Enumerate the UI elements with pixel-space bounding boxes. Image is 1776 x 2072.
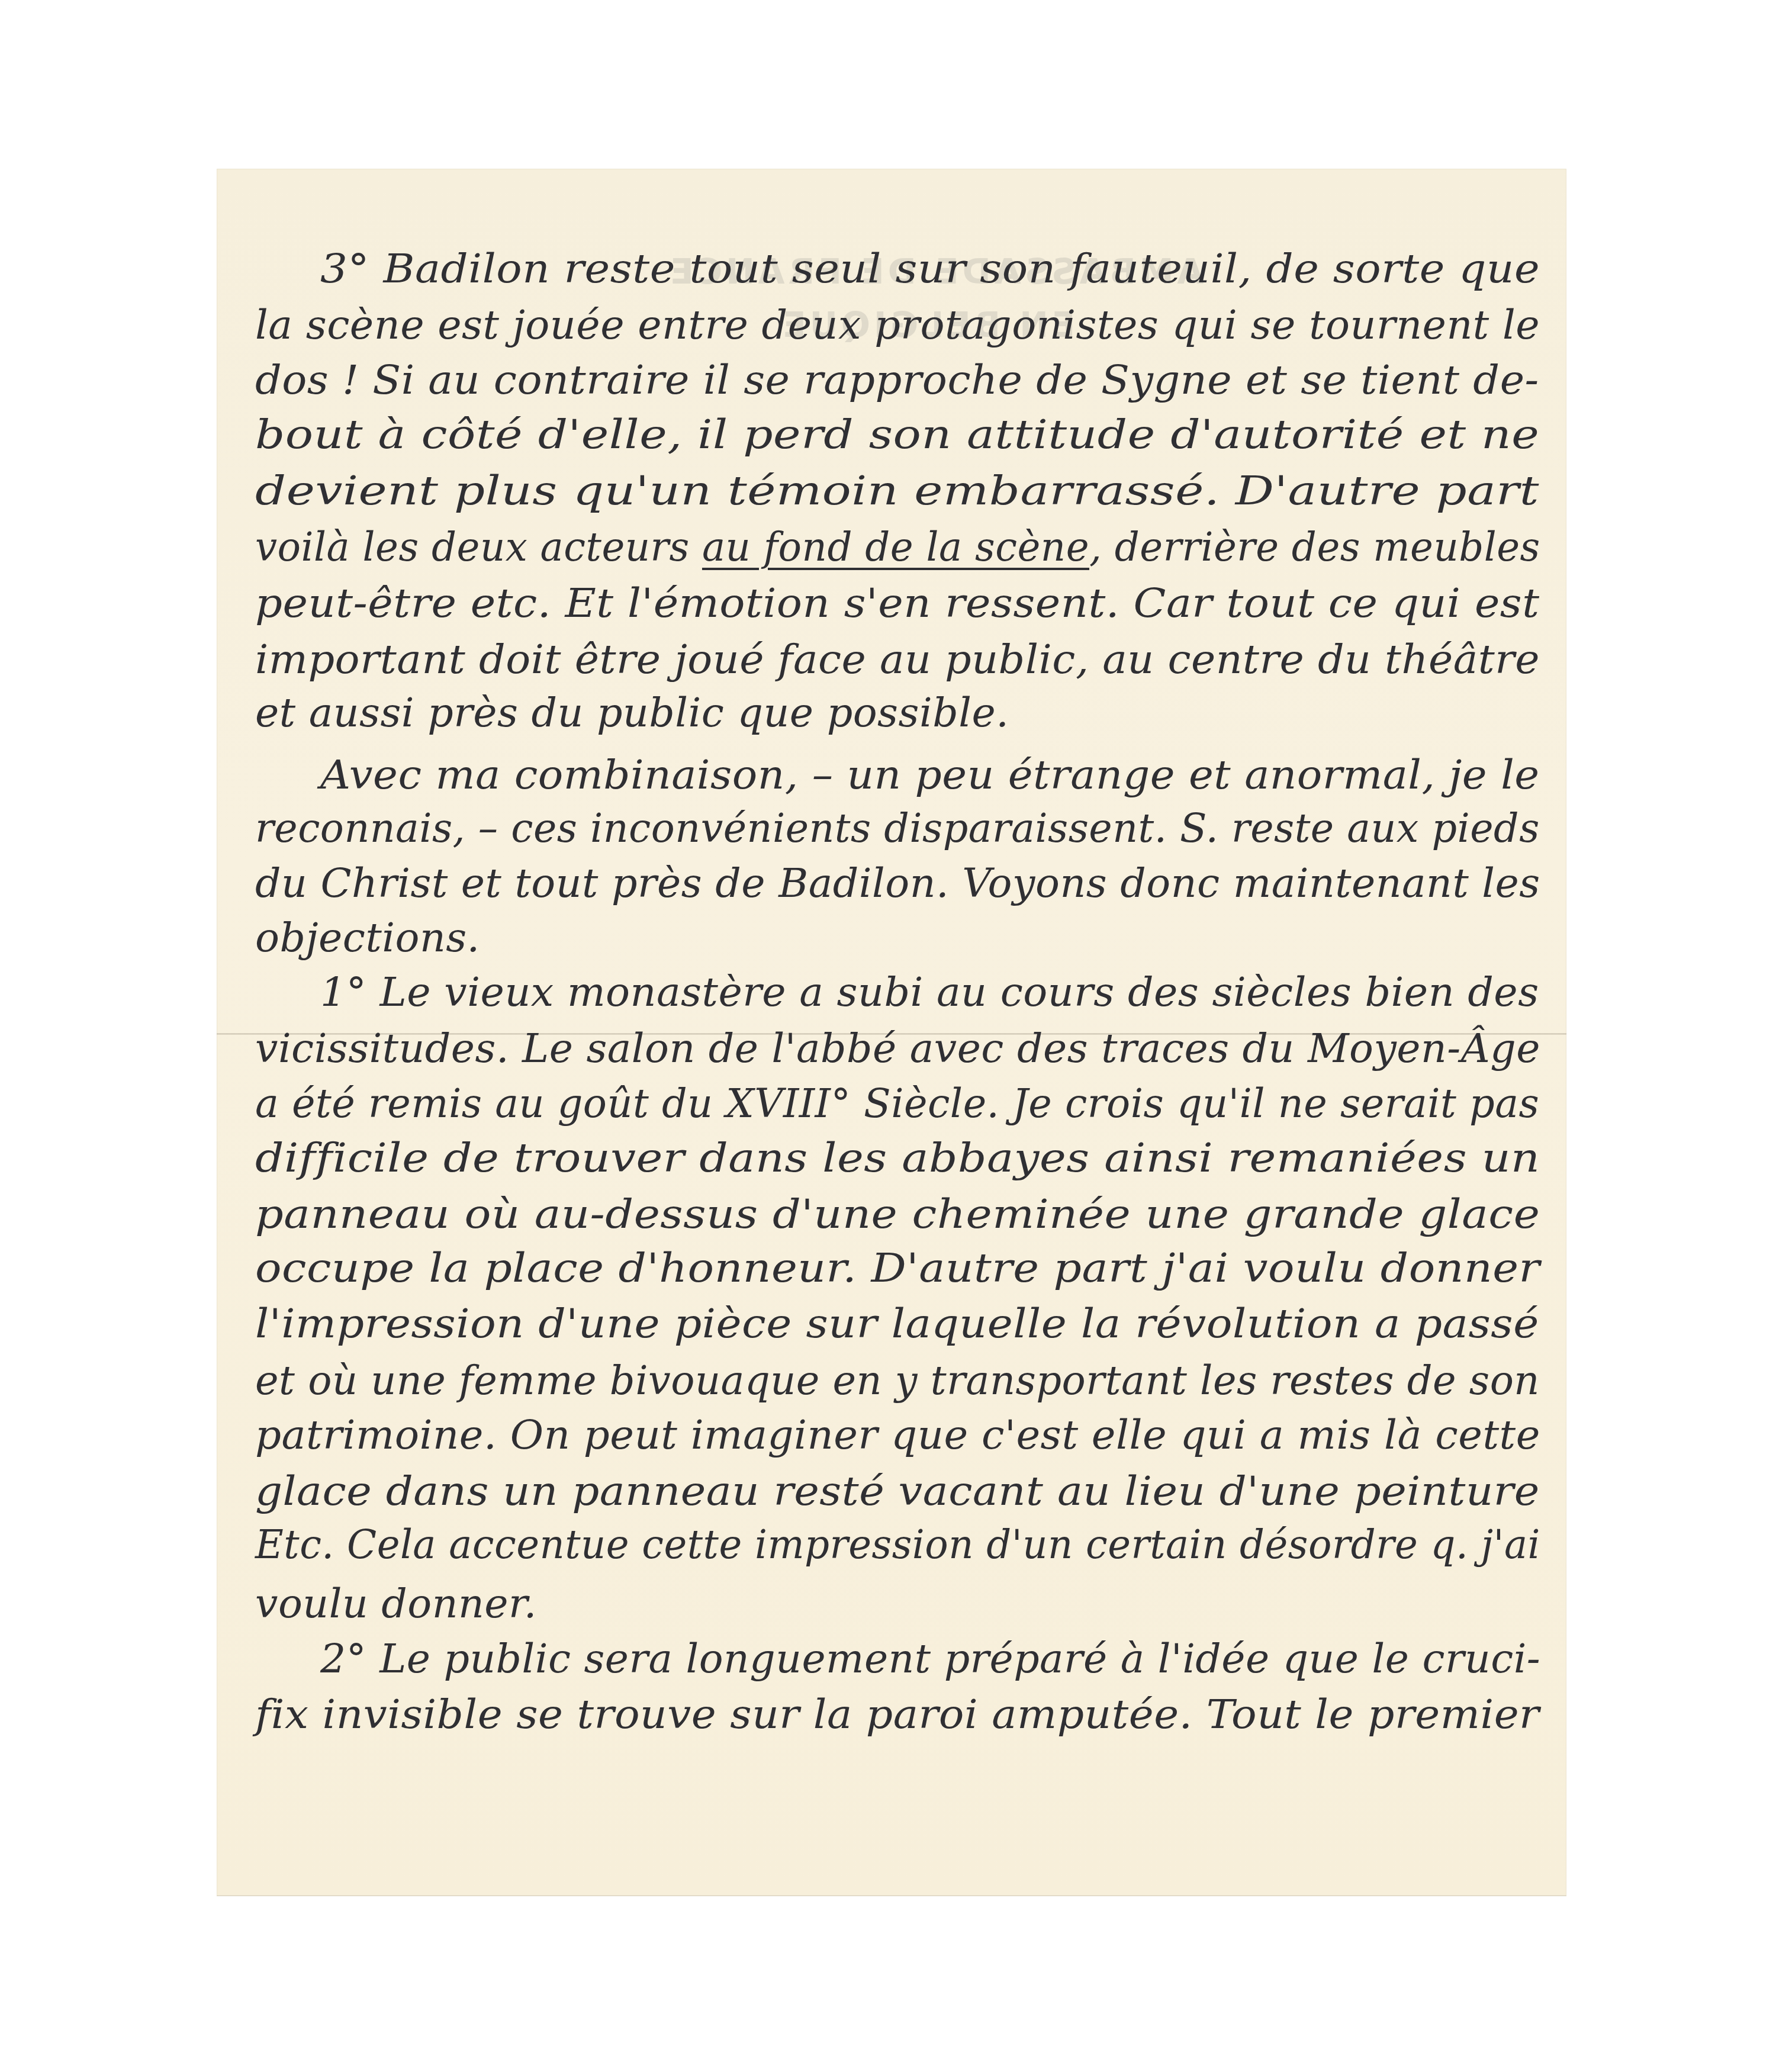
text-line-21: et où une femme bivouaque en y transport… xyxy=(255,1357,1540,1405)
text-line-26: 2° Le public sera longuement préparé à l… xyxy=(320,1636,1540,1683)
text-line-22: patrimoine. On peut imaginer que c'est e… xyxy=(255,1412,1540,1459)
underlined-phrase: au fond de la scène xyxy=(702,524,1089,571)
text-line-24: Etc. Cela accentue cette impression d'un… xyxy=(255,1521,1540,1569)
text-line-5: devient plus qu'un témoin embarrassé. D'… xyxy=(255,468,1539,515)
text-line-16: a été remis au goût du XVIII° Siècle. Je… xyxy=(255,1080,1539,1128)
text-line-13: objections. xyxy=(255,915,480,962)
text-line-19: occupe la place d'honneur. D'autre part … xyxy=(255,1245,1540,1292)
text-line-20: l'impression d'une pièce sur laquelle la… xyxy=(255,1301,1539,1348)
text-segment: voilà les deux acteurs xyxy=(255,524,702,571)
text-line-23: glace dans un panneau resté vacant au li… xyxy=(255,1468,1540,1516)
text-line-27: fix invisible se trouve sur la paroi amp… xyxy=(255,1691,1540,1739)
text-line-1: 3° Badilon reste tout seul sur son faute… xyxy=(320,246,1540,293)
handwritten-text: 3° Badilon reste tout seul sur son faute… xyxy=(217,169,1566,1896)
text-segment: , derrière des meubles xyxy=(1089,524,1540,571)
letter-page: AMBASSADE DE FRANCE EN BELGIQUE 3° Badil… xyxy=(217,169,1566,1896)
text-line-12: du Christ et tout près de Badilon. Voyon… xyxy=(255,860,1540,908)
text-line-15: vicissitudes. Le salon de l'abbé avec de… xyxy=(255,1025,1540,1073)
text-line-9: et aussi près du public que possible. xyxy=(255,690,1009,737)
text-line-18: panneau où au-dessus d'une cheminée une … xyxy=(255,1191,1540,1238)
text-line-11: reconnais, – ces inconvénients disparais… xyxy=(255,805,1540,852)
text-line-2: la scène est jouée entre deux protagonis… xyxy=(255,302,1540,349)
text-line-10: Avec ma combinaison, – un peu étrange et… xyxy=(320,752,1540,799)
text-line-4: bout à côté d'elle, il perd son attitude… xyxy=(255,411,1539,459)
text-line-25: voulu donner. xyxy=(255,1581,537,1628)
text-line-14: 1° Le vieux monastère a subi au cours de… xyxy=(320,969,1539,1016)
text-line-7: peut-être etc. Et l'émotion s'en ressent… xyxy=(255,580,1540,628)
text-line-3: dos ! Si au contraire il se rapproche de… xyxy=(255,357,1539,404)
text-line-17: difficile de trouver dans les abbayes ai… xyxy=(255,1135,1540,1182)
text-line-8: important doit être joué face au public,… xyxy=(255,636,1540,684)
text-line-6: voilà les deux acteurs au fond de la scè… xyxy=(255,524,1540,571)
